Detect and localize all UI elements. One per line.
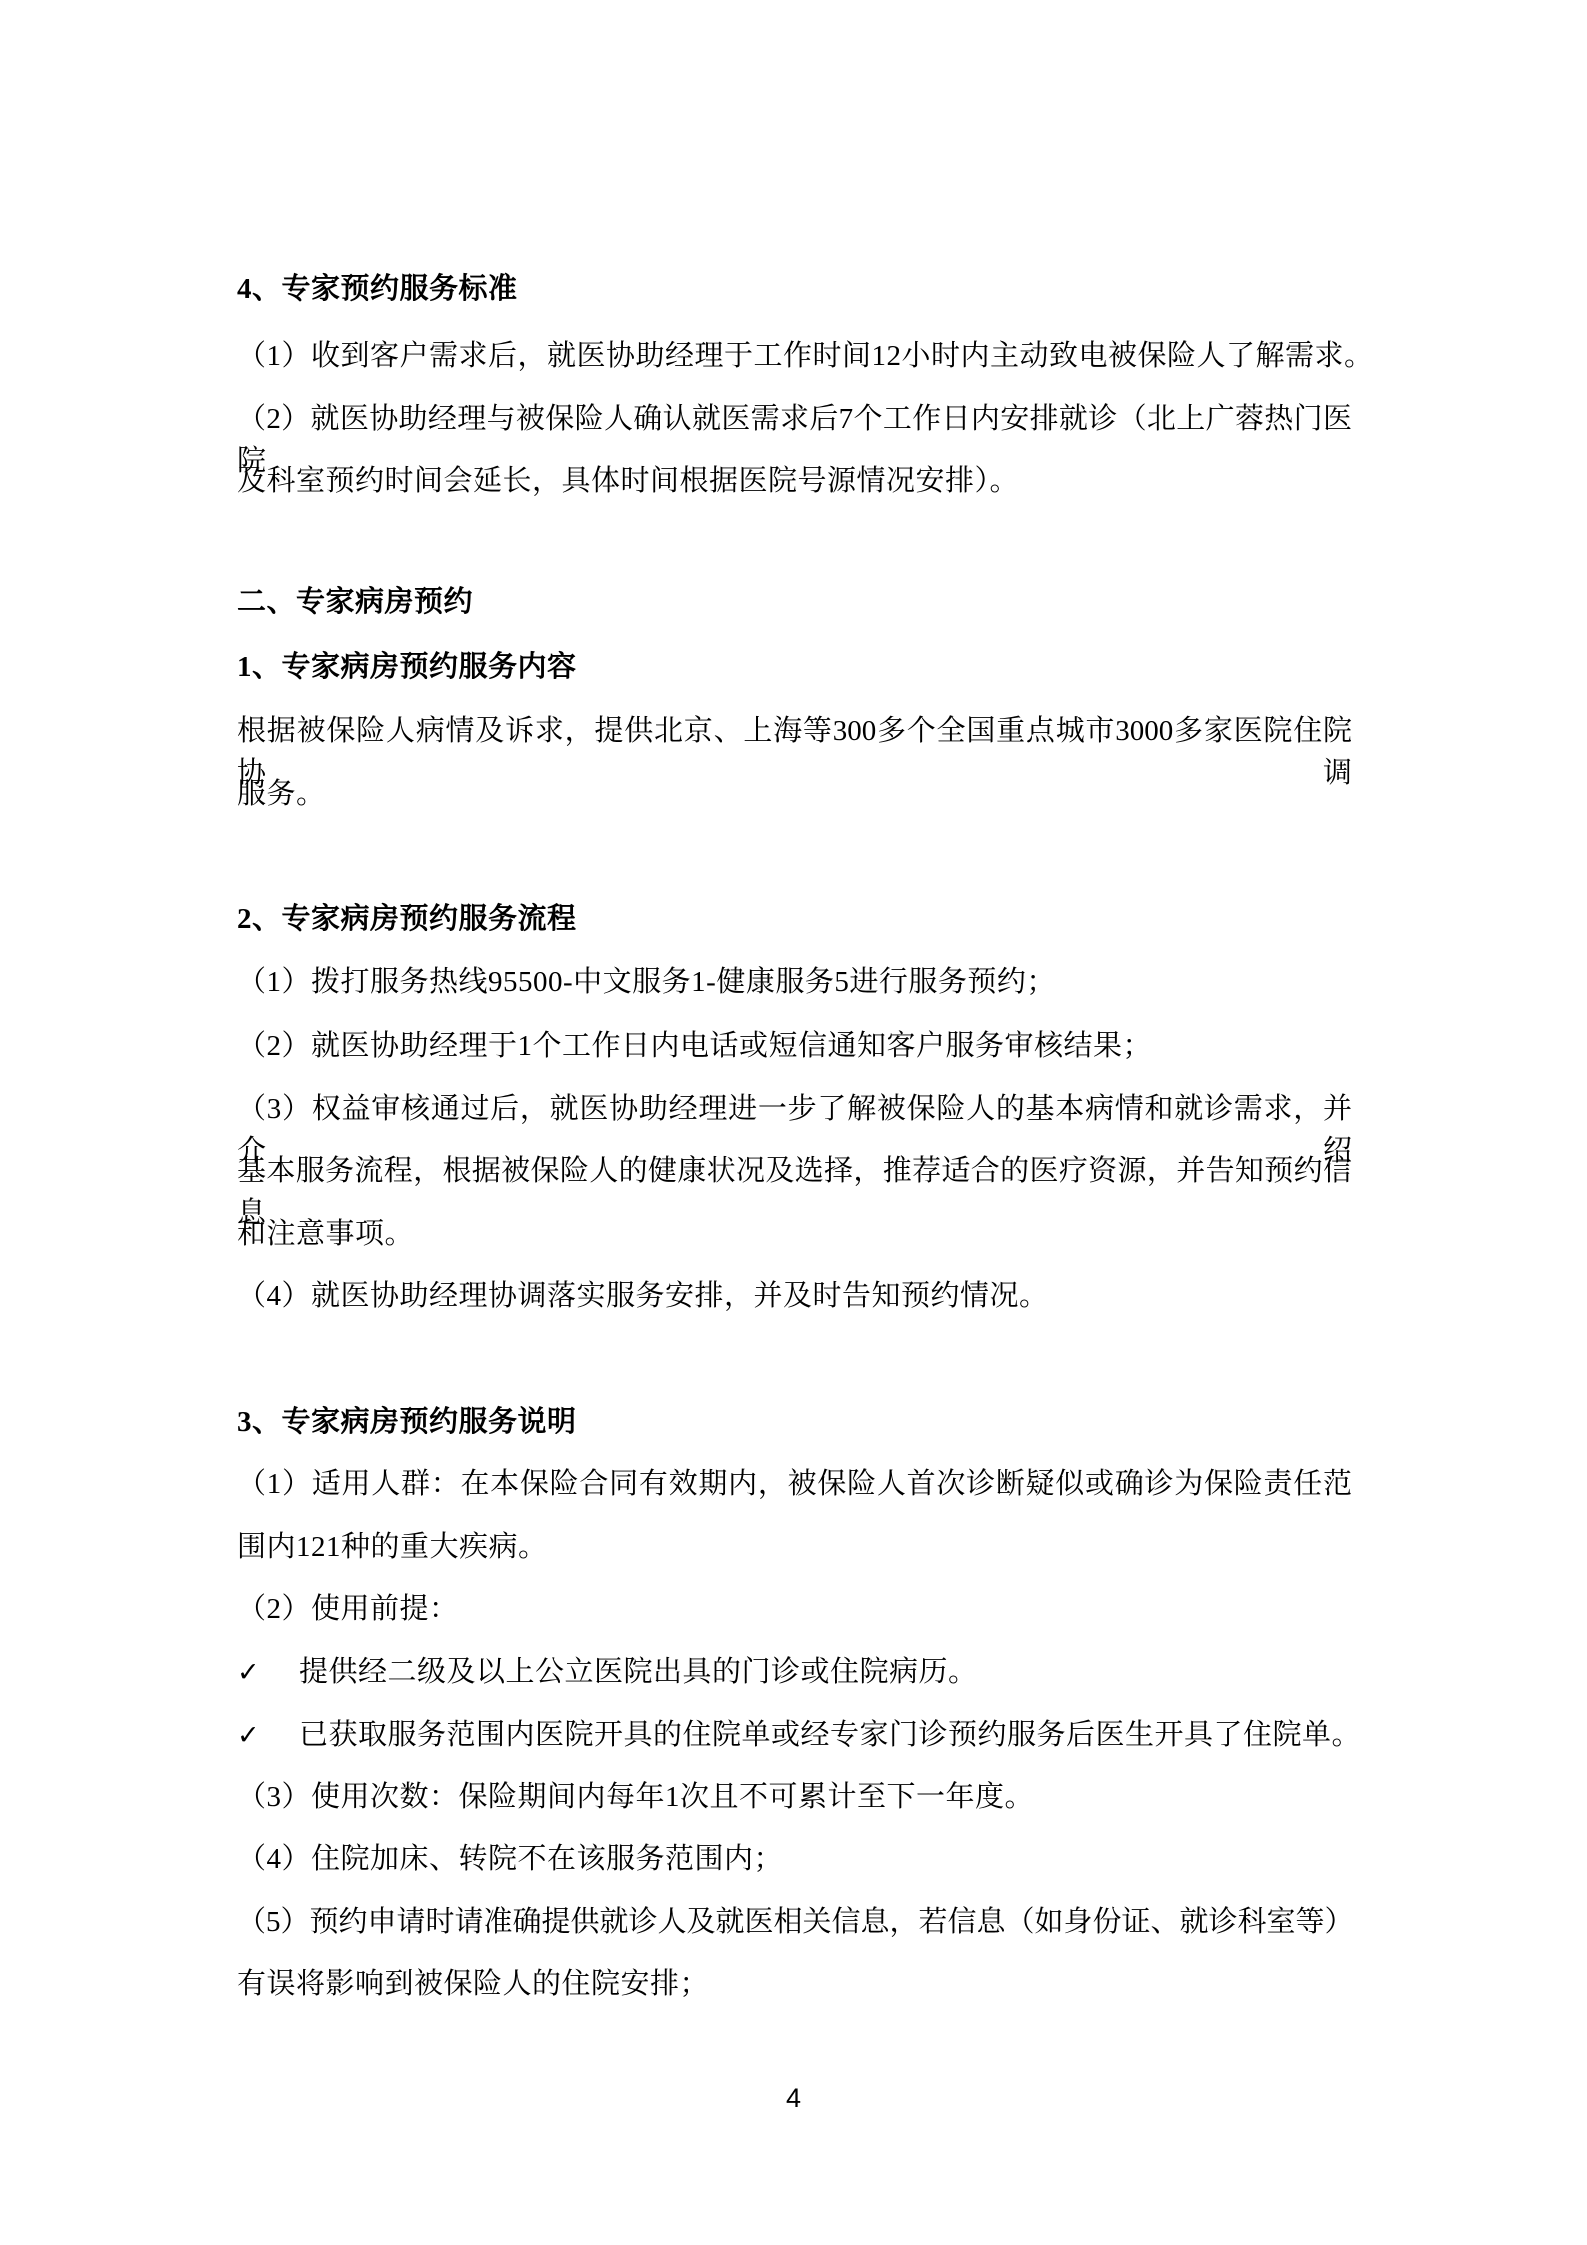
checklist-item: ✓提供经二级及以上公立医院出具的门诊或住院病历。 bbox=[237, 1651, 1352, 1694]
paragraph-line: （1）收到客户需求后，就医协助经理于工作时间12小时内主动致电被保险人了解需求。 bbox=[237, 335, 1352, 377]
checklist-item-label: 已获取服务范围内医院开具的住院单或经专家门诊预约服务后医生开具了住院单。 bbox=[299, 1719, 1361, 1751]
paragraph-line: 和注意事项。 bbox=[237, 1213, 1352, 1255]
section-heading: 2、专家病房预约服务流程 bbox=[237, 898, 1352, 940]
section-heading: 二、专家病房预约 bbox=[237, 581, 1352, 623]
paragraph-line: （4）住院加床、转院不在该服务范围内； bbox=[237, 1838, 1352, 1880]
section-heading: 1、专家病房预约服务内容 bbox=[237, 646, 1352, 688]
paragraph-line: （4）就医协助经理协调落实服务安排，并及时告知预约情况。 bbox=[237, 1275, 1352, 1317]
paragraph-line: （2）就医协助经理于1个工作日内电话或短信通知客户服务审核结果； bbox=[237, 1025, 1352, 1067]
checklist-item: ✓已获取服务范围内医院开具的住院单或经专家门诊预约服务后医生开具了住院单。 bbox=[237, 1714, 1352, 1757]
paragraph-line: （1）拨打服务热线95500-中文服务1-健康服务5进行服务预约； bbox=[237, 961, 1352, 1003]
paragraph-line: 及科室预约时间会延长，具体时间根据医院号源情况安排）。 bbox=[237, 460, 1352, 502]
paragraph-line: （5）预约申请时请准确提供就诊人及就医相关信息，若信息（如身份证、就诊科室等） bbox=[237, 1901, 1352, 1943]
page-number: 4 bbox=[0, 2083, 1587, 2114]
checkmark-icon: ✓ bbox=[237, 1715, 299, 1757]
paragraph-line: 服务。 bbox=[237, 773, 1352, 815]
paragraph-line: 围内121种的重大疾病。 bbox=[237, 1526, 1352, 1568]
section-heading: 4、专家预约服务标准 bbox=[237, 268, 1352, 310]
paragraph-line: 有误将影响到被保险人的住院安排； bbox=[237, 1963, 1352, 2005]
paragraph-line: （2）使用前提： bbox=[237, 1588, 1352, 1630]
paragraph-line: （3）使用次数：保险期间内每年1次且不可累计至下一年度。 bbox=[237, 1776, 1352, 1818]
checklist-item-label: 提供经二级及以上公立医院出具的门诊或住院病历。 bbox=[299, 1656, 978, 1688]
document-page: 4、专家预约服务标准 （1）收到客户需求后，就医协助经理于工作时间12小时内主动… bbox=[0, 0, 1587, 2245]
section-heading: 3、专家病房预约服务说明 bbox=[237, 1401, 1352, 1443]
checkmark-icon: ✓ bbox=[237, 1652, 299, 1694]
paragraph-line: （1）适用人群：在本保险合同有效期内，被保险人首次诊断疑似或确诊为保险责任范 bbox=[237, 1463, 1352, 1505]
